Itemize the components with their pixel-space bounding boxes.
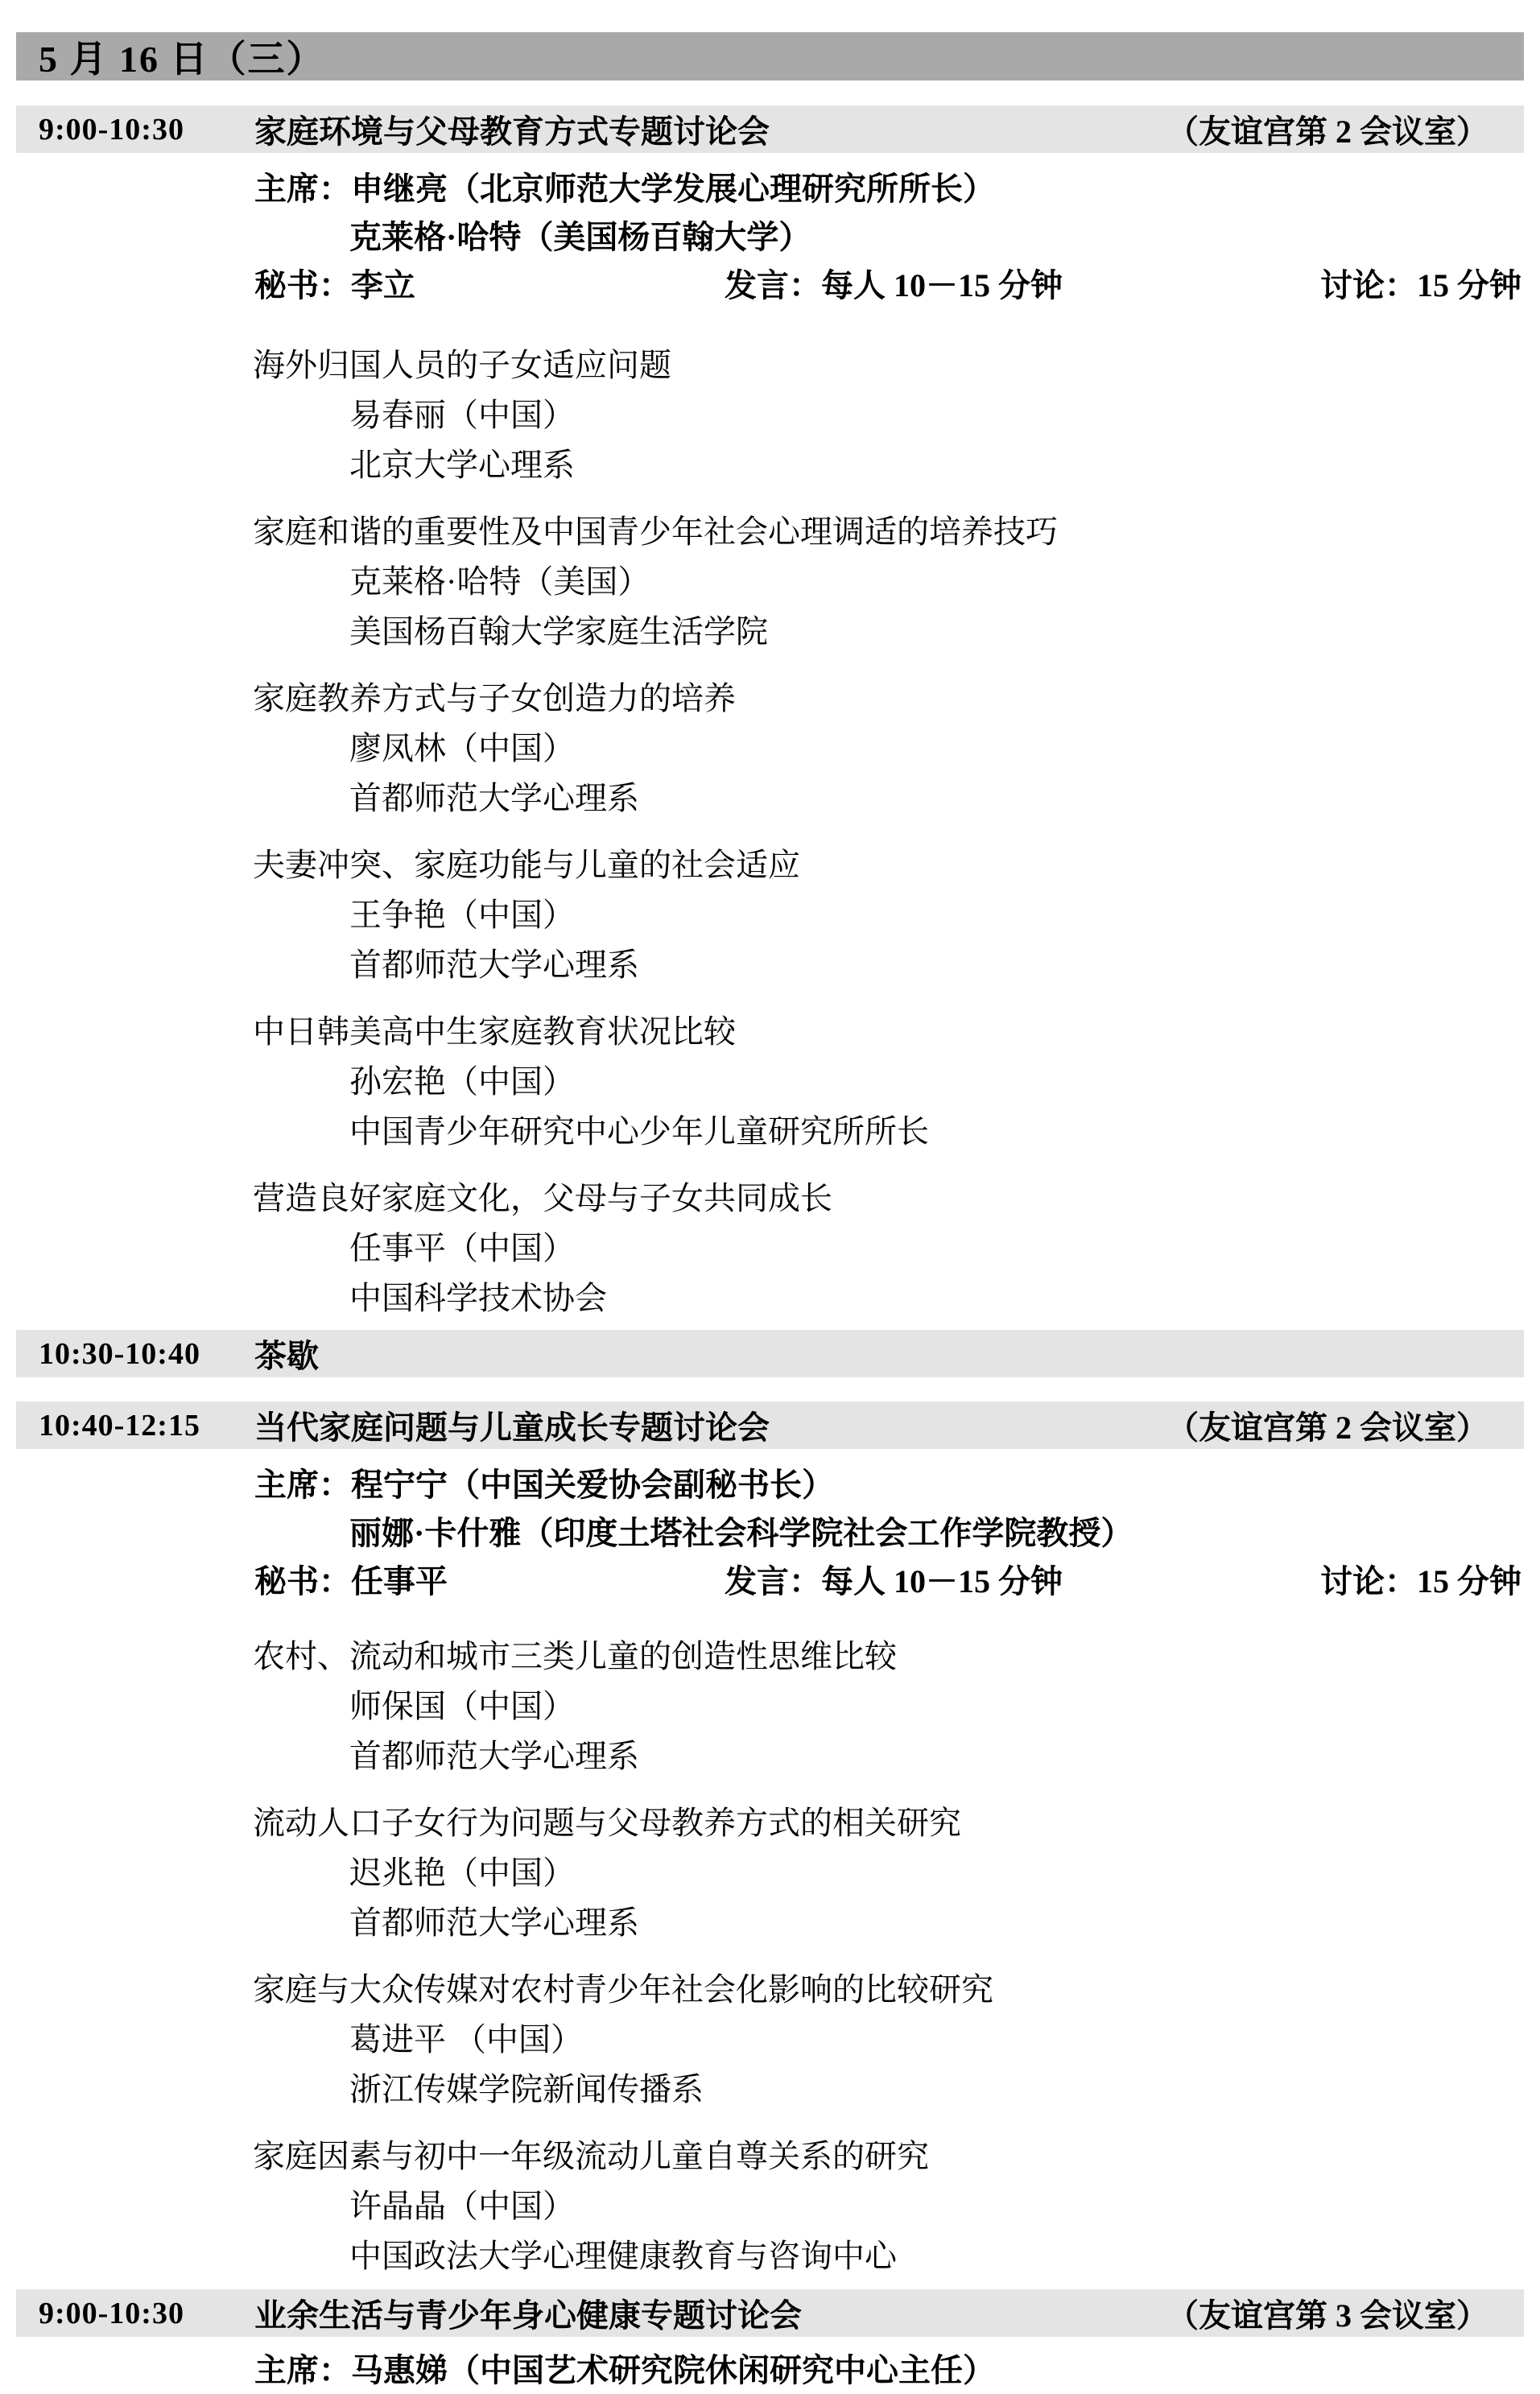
talk-title: 家庭因素与初中一年级流动儿童自尊关系的研究: [253, 2132, 1540, 2181]
session1-chair-line: 主席：申继亮（北京师范大学发展心理研究所所长）: [254, 165, 1540, 213]
chair-label: 主席：: [254, 171, 351, 207]
talk-affiliation: 首都师范大学心理系: [349, 1898, 1540, 1948]
talk-affiliation: 首都师范大学心理系: [349, 940, 1540, 990]
talk-item: 海外归国人员的子女适应问题 易春丽（中国） 北京大学心理系: [0, 341, 1540, 490]
conference-program-page: 5 月 16 日（三） 9:00-10:30 家庭环境与父母教育方式专题讨论会 …: [0, 0, 1540, 2394]
discussion-value: 15 分钟: [1417, 1563, 1521, 1599]
talk-title: 夫妻冲突、家庭功能与儿童的社会适应: [253, 840, 1540, 890]
talk-item: 家庭与大众传媒对农村青少年社会化影响的比较研究 葛进平 （中国） 浙江传媒学院新…: [0, 1965, 1540, 2115]
talk-item: 营造良好家庭文化，父母与子女共同成长 任事平（中国） 中国科学技术协会: [0, 1174, 1540, 1323]
secretary-label: 秘书：: [254, 267, 351, 303]
session1-header-bar: 9:00-10:30 家庭环境与父母教育方式专题讨论会 （友谊宫第 2 会议室）: [16, 105, 1524, 153]
session1-meta: 主席：申继亮（北京师范大学发展心理研究所所长） 克莱格·哈特（美国杨百翰大学） …: [0, 165, 1540, 310]
speech-value: 每人 10－15 分钟: [821, 267, 1063, 303]
talk-item: 中日韩美高中生家庭教育状况比较 孙宏艳（中国） 中国青少年研究中心少年儿童研究所…: [0, 1007, 1540, 1157]
session3-chair-line: 主席：马惠娣（中国艺术研究院休闲研究中心主任）: [254, 2347, 1540, 2394]
talk-title: 农村、流动和城市三类儿童的创造性思维比较: [253, 1632, 1540, 1682]
chair-name: 申继亮（北京师范大学发展心理研究所所长）: [351, 171, 995, 207]
talk-affiliation: 北京大学心理系: [349, 440, 1540, 490]
talk-speaker: 师保国（中国）: [349, 1682, 1540, 1732]
session3-time: 9:00-10:30: [39, 2296, 254, 2331]
session2-room: （友谊宫第 2 会议室）: [1166, 1402, 1488, 1448]
talk-title: 流动人口子女行为问题与父母教养方式的相关研究: [253, 1798, 1540, 1848]
talk-item: 家庭教养方式与子女创造力的培养 廖凤林（中国） 首都师范大学心理系: [0, 674, 1540, 823]
cochair-name: 克莱格·哈特（美国杨百翰大学）: [349, 219, 811, 255]
discussion-label: 讨论：: [1320, 1563, 1417, 1599]
speech-label: 发言：: [725, 1563, 821, 1599]
session2-header-bar: 10:40-12:15 当代家庭问题与儿童成长专题讨论会 （友谊宫第 2 会议室…: [16, 1401, 1524, 1449]
chair-label: 主席：: [254, 2352, 351, 2388]
chair-label: 主席：: [254, 1467, 351, 1503]
talk-item: 家庭因素与初中一年级流动儿童自尊关系的研究 许晶晶（中国） 中国政法大学心理健康…: [0, 2132, 1540, 2281]
talk-title: 营造良好家庭文化，父母与子女共同成长: [253, 1174, 1540, 1224]
talk-speaker: 任事平（中国）: [349, 1224, 1540, 1273]
break-time: 10:30-10:40: [39, 1336, 254, 1372]
speech-segment: 发言：每人 10－15 分钟: [725, 1558, 1063, 1606]
talk-affiliation: 美国杨百翰大学家庭生活学院: [349, 607, 1540, 657]
talk-title: 家庭教养方式与子女创造力的培养: [253, 674, 1540, 724]
discussion-label: 讨论：: [1320, 267, 1417, 303]
talk-affiliation: 中国政法大学心理健康教育与咨询中心: [349, 2231, 1540, 2281]
talk-speaker: 许晶晶（中国）: [349, 2181, 1540, 2231]
session1-room: （友谊宫第 2 会议室）: [1166, 106, 1488, 152]
chair-name: 程宁宁（中国关爱协会副秘书长）: [351, 1467, 834, 1503]
talk-speaker: 王争艳（中国）: [349, 890, 1540, 940]
secretary-segment: 秘书：李立: [254, 267, 415, 303]
break-label: 茶歇: [254, 1331, 1524, 1377]
talk-affiliation: 首都师范大学心理系: [349, 1732, 1540, 1781]
session2-time: 10:40-12:15: [39, 1408, 254, 1443]
session1-secretary-line: 秘书：李立 发言：每人 10－15 分钟 讨论：15 分钟: [0, 262, 1540, 310]
secretary-name: 任事平: [351, 1563, 448, 1599]
session2-cochair-line: 丽娜·卡什雅（印度土塔社会科学院社会工作学院教授）: [349, 1509, 1540, 1558]
talk-title: 海外归国人员的子女适应问题: [253, 341, 1540, 390]
talk-speaker: 克莱格·哈特（美国）: [349, 557, 1540, 607]
talk-affiliation: 浙江传媒学院新闻传播系: [349, 2065, 1540, 2115]
chair-name: 马惠娣（中国艺术研究院休闲研究中心主任）: [351, 2352, 995, 2388]
cochair-name: 丽娜·卡什雅（印度土塔社会科学院社会工作学院教授）: [349, 1515, 1133, 1551]
session1-talks: 海外归国人员的子女适应问题 易春丽（中国） 北京大学心理系 家庭和谐的重要性及中…: [0, 341, 1540, 1323]
session2-talks: 农村、流动和城市三类儿童的创造性思维比较 师保国（中国） 首都师范大学心理系 流…: [0, 1632, 1540, 2281]
session2-chair-line: 主席：程宁宁（中国关爱协会副秘书长）: [254, 1461, 1540, 1509]
session1-title: 家庭环境与父母教育方式专题讨论会: [254, 106, 1166, 152]
date-header-text: 5 月 16 日（三）: [39, 30, 325, 83]
discussion-value: 15 分钟: [1417, 267, 1521, 303]
discussion-segment: 讨论：15 分钟: [1320, 262, 1521, 310]
talk-affiliation: 中国青少年研究中心少年儿童研究所所长: [349, 1107, 1540, 1157]
session2-secretary-line: 秘书：任事平 发言：每人 10－15 分钟 讨论：15 分钟: [0, 1558, 1540, 1606]
secretary-segment: 秘书：任事平: [254, 1563, 448, 1599]
talk-affiliation: 首都师范大学心理系: [349, 774, 1540, 823]
talk-speaker: 廖凤林（中国）: [349, 724, 1540, 774]
talk-item: 夫妻冲突、家庭功能与儿童的社会适应 王争艳（中国） 首都师范大学心理系: [0, 840, 1540, 990]
talk-affiliation: 中国科学技术协会: [349, 1273, 1540, 1323]
talk-item: 流动人口子女行为问题与父母教养方式的相关研究 迟兆艳（中国） 首都师范大学心理系: [0, 1798, 1540, 1948]
session1-time: 9:00-10:30: [39, 112, 254, 147]
session3-title: 业余生活与青少年身心健康专题讨论会: [254, 2290, 1166, 2336]
talk-title: 家庭与大众传媒对农村青少年社会化影响的比较研究: [253, 1965, 1540, 2015]
talk-item: 家庭和谐的重要性及中国青少年社会心理调适的培养技巧 克莱格·哈特（美国） 美国杨…: [0, 507, 1540, 657]
session3-room: （友谊宫第 3 会议室）: [1166, 2290, 1488, 2336]
secretary-name: 李立: [351, 267, 415, 303]
speech-value: 每人 10－15 分钟: [821, 1563, 1063, 1599]
secretary-label: 秘书：: [254, 1563, 351, 1599]
talk-title: 家庭和谐的重要性及中国青少年社会心理调适的培养技巧: [253, 507, 1540, 557]
talk-speaker: 迟兆艳（中国）: [349, 1848, 1540, 1898]
speech-label: 发言：: [725, 267, 821, 303]
talk-title: 中日韩美高中生家庭教育状况比较: [253, 1007, 1540, 1057]
session3-meta: 主席：马惠娣（中国艺术研究院休闲研究中心主任）: [0, 2347, 1540, 2394]
session3-header-bar: 9:00-10:30 业余生活与青少年身心健康专题讨论会 （友谊宫第 3 会议室…: [16, 2289, 1524, 2337]
talk-speaker: 孙宏艳（中国）: [349, 1057, 1540, 1107]
date-header-bar: 5 月 16 日（三）: [16, 32, 1524, 80]
speech-segment: 发言：每人 10－15 分钟: [725, 262, 1063, 310]
session2-meta: 主席：程宁宁（中国关爱协会副秘书长） 丽娜·卡什雅（印度土塔社会科学院社会工作学…: [0, 1461, 1540, 1606]
talk-item: 农村、流动和城市三类儿童的创造性思维比较 师保国（中国） 首都师范大学心理系: [0, 1632, 1540, 1781]
talk-speaker: 易春丽（中国）: [349, 390, 1540, 440]
session2-title: 当代家庭问题与儿童成长专题讨论会: [254, 1402, 1166, 1448]
talk-speaker: 葛进平 （中国）: [349, 2015, 1540, 2065]
tea-break-bar: 10:30-10:40 茶歇: [16, 1330, 1524, 1377]
discussion-segment: 讨论：15 分钟: [1320, 1558, 1521, 1606]
session1-cochair-line: 克莱格·哈特（美国杨百翰大学）: [349, 213, 1540, 262]
